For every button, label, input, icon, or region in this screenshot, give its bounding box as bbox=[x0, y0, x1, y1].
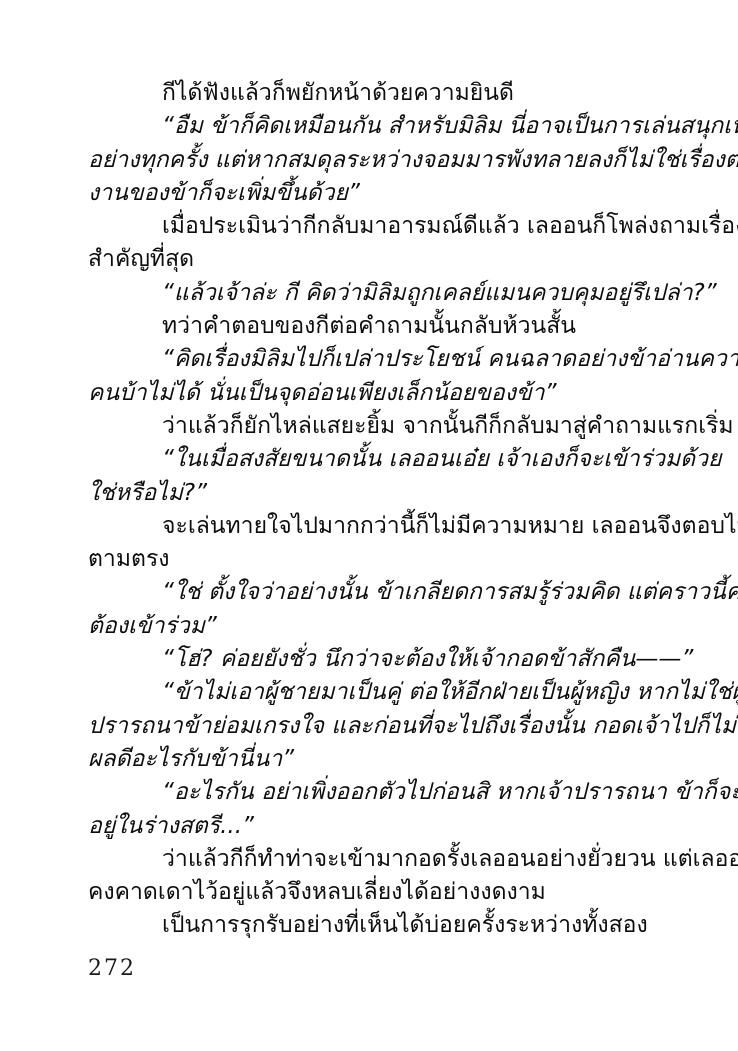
text-line: “ข้าไม่เอาผู้ชายมาเป็นคู่ ต่อให้อีกฝ่ายเ… bbox=[88, 676, 672, 709]
text-line: สำคัญที่สุด bbox=[88, 243, 672, 276]
text-line: ตามตรง bbox=[88, 543, 672, 576]
text-line: อยู่ในร่างสตรี...” bbox=[88, 810, 672, 843]
text-line: ปรารถนาข้าย่อมเกรงใจ และก่อนที่จะไปถึงเร… bbox=[88, 710, 672, 743]
text-line: “อะไรกัน อย่าเพิ่งออกตัวไปก่อนสิ หากเจ้า… bbox=[88, 776, 672, 809]
text-line: “อืม ข้าก็คิดเหมือนกัน สำหรับมิลิม นี่อา… bbox=[88, 110, 672, 143]
text-line: “คิดเรื่องมิลิมไปก็เปล่าประโยชน์ คนฉลาดอ… bbox=[88, 343, 672, 376]
text-line: “ในเมื่อสงสัยขนาดนั้น เลออนเอ๋ย เจ้าเองก… bbox=[88, 443, 672, 476]
text-line: ว่าแล้วกีก็ทำท่าจะเข้ามากอดรั้งเลออนอย่า… bbox=[88, 843, 672, 876]
text-line: ใช่หรือไม่?” bbox=[88, 477, 672, 510]
text-line: “ใช่ ตั้งใจว่าอย่างนั้น ข้าเกลียดการสมรู… bbox=[88, 576, 672, 609]
text-line: เมื่อประเมินว่ากีกลับมาอารมณ์ดีแล้ว เลออ… bbox=[88, 210, 672, 243]
text-line: “โฮ่? ค่อยยังชั่ว นึกว่าจะต้องให้เจ้ากอด… bbox=[88, 643, 672, 676]
page-number: 272 bbox=[88, 956, 136, 982]
text-line: ต้องเข้าร่วม” bbox=[88, 610, 672, 643]
text-line: เป็นการรุกรับอย่างที่เห็นได้บ่อยครั้งระห… bbox=[88, 909, 672, 942]
text-line: ว่าแล้วก็ยักไหล่แสยะยิ้ม จากนั้นกีก็กลับ… bbox=[88, 410, 672, 443]
text-line: จะเล่นทายใจไปมากกว่านี้ก็ไม่มีความหมาย เ… bbox=[88, 510, 672, 543]
text-line: ผลดีอะไรกับข้านี่นา” bbox=[88, 743, 672, 776]
book-page: กีได้ฟังแล้วก็พยักหน้าด้วยความยินดี“อืม … bbox=[0, 0, 738, 1051]
body-text: กีได้ฟังแล้วก็พยักหน้าด้วยความยินดี“อืม … bbox=[88, 77, 672, 943]
text-line: คนบ้าไม่ได้ นั่นเป็นจุดอ่อนเพียงเล็กน้อย… bbox=[88, 377, 672, 410]
text-line: ทว่าคำตอบของกีต่อคำถามนั้นกลับห้วนสั้น bbox=[88, 310, 672, 343]
text-line: “แล้วเจ้าล่ะ กี คิดว่ามิลิมถูกเคลย์แมนคว… bbox=[88, 277, 672, 310]
text-line: คงคาดเดาไว้อยู่แล้วจึงหลบเลี่ยงได้อย่างง… bbox=[88, 876, 672, 909]
text-line: กีได้ฟังแล้วก็พยักหน้าด้วยความยินดี bbox=[88, 77, 672, 110]
text-line: อย่างทุกครั้ง แต่หากสมดุลระหว่างจอมมารพั… bbox=[88, 144, 672, 177]
text-line: งานของข้าก็จะเพิ่มขึ้นด้วย” bbox=[88, 177, 672, 210]
